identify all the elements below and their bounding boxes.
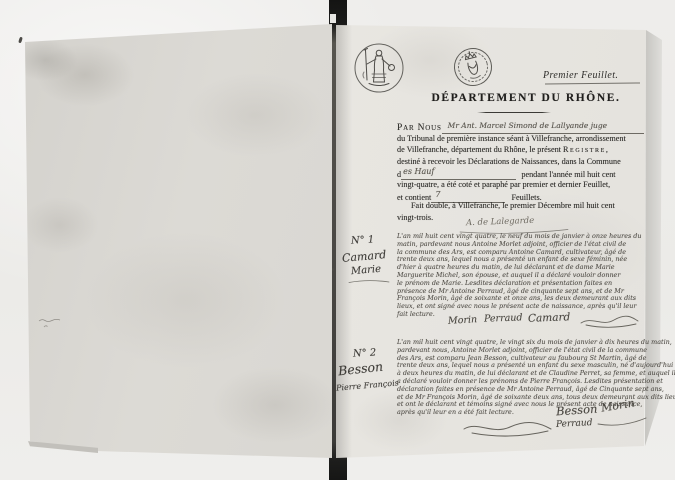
preamble-line: du Tribunal de première instance séant à… <box>397 133 644 145</box>
preamble: Par Nous Mr Ant. Marcel Simond de Lallya… <box>397 121 644 206</box>
judge-name-handwritten: Mr Ant. Marcel Simond de Lallyande juge <box>442 120 644 134</box>
registre-word: Registre, <box>563 145 610 154</box>
fait-double-line: Fait double, à Villefranche, le premier … <box>397 200 644 212</box>
paraph-flourish-icon <box>580 313 640 330</box>
title-rule <box>477 112 551 113</box>
entry2-signature: Besson <box>556 402 598 419</box>
signature-flourish-icon <box>596 412 648 428</box>
margin-underline-flourish-icon <box>348 278 390 285</box>
paraph-flourish-icon <box>460 420 555 439</box>
ink-speck <box>18 37 23 44</box>
scanned-register-photo: Premier Feuillet. DÉPARTEMENT DU RHÔNE. … <box>0 0 675 480</box>
entry1-signature: Camard <box>528 311 571 324</box>
entry1-signature: Perraud <box>484 312 523 324</box>
pencil-annotation <box>38 316 64 331</box>
preamble-text: de Villefranche, département du Rhône, l… <box>397 145 563 154</box>
spine-notch <box>330 14 336 23</box>
preamble-line: de Villefranche, département du Rhône, l… <box>397 144 644 156</box>
entry2-margin-number: N° 2 <box>353 347 377 359</box>
entry1-body: L'an mil huit cent vingt quatre, le neuf… <box>397 233 644 319</box>
ink-speck <box>332 268 334 271</box>
allegorical-figure-stamp-icon <box>352 42 406 94</box>
entry1-margin-number: N° 1 <box>351 234 375 246</box>
commune-name-handwritten: es Hauf <box>401 166 438 180</box>
entry1-signature: Morin <box>448 314 478 327</box>
feuillet-label: Premier Feuillet. <box>543 70 618 81</box>
entry2-signature: Perraud <box>556 418 593 430</box>
page-title: DÉPARTEMENT DU RHÔNE. <box>420 92 632 104</box>
